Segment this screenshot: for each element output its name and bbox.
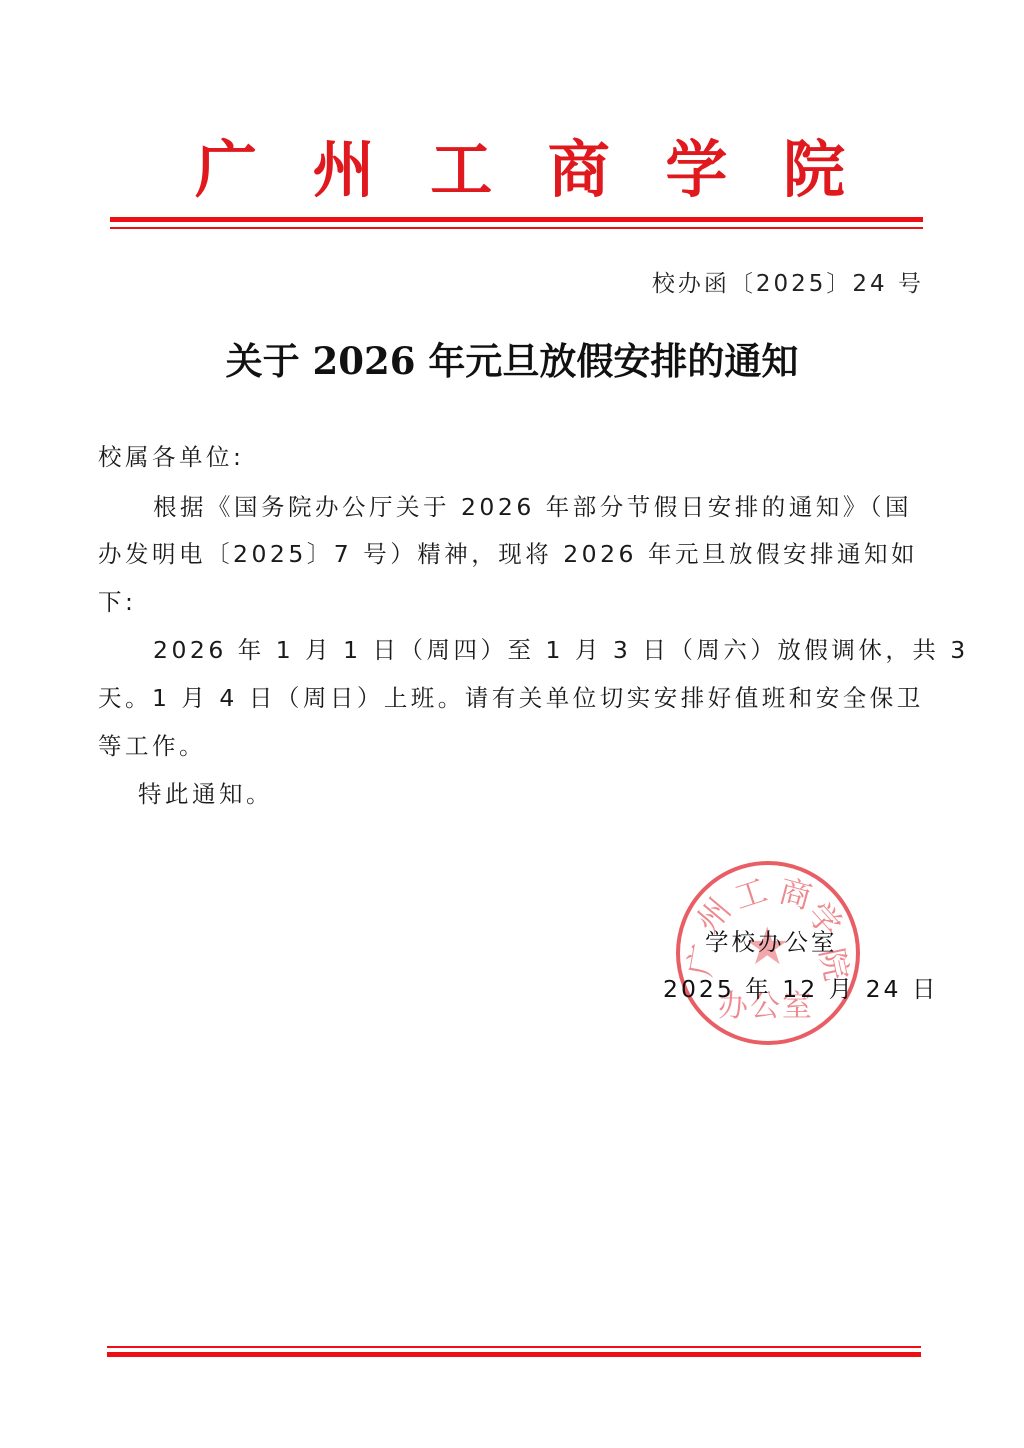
bottom-thin-rule [107,1346,921,1348]
paragraph-2-line-2: 天。1 月 4 日（周日）上班。请有关单位切实安排好值班和安全保卫 [98,674,924,722]
closing-line: 特此通知。 [138,770,273,818]
masthead-char: 学 [665,139,727,201]
paragraph-1-line-3: 下: [98,578,136,626]
salutation: 校属各单位: [98,433,244,481]
seal-arc-char: 工 [728,865,773,919]
document-number: 校办函〔2025〕24 号 [652,265,924,298]
paragraph-2-line-1: 2026 年 1 月 1 日（周四）至 1 月 3 日（周六）放假调休，共 3 [153,626,969,674]
masthead-char: 院 [783,139,845,201]
paragraph-1-line-1: 根据《国务院办公厅关于 2026 年部分节假日安排的通知》（国 [153,483,912,531]
signing-date: 2025 年 12 月 24 日 [663,970,938,1004]
paragraph-2-line-3: 等工作。 [98,722,206,770]
paragraph-1-line-2: 办发明电〔2025〕7 号）精神，现将 2026 年元旦放假安排通知如 [98,530,918,578]
masthead-char: 州 [313,139,375,201]
bottom-thick-rule [107,1352,921,1357]
masthead-char: 工 [430,139,492,201]
document-body: 校属各单位: 根据《国务院办公厅关于 2026 年部分节假日安排的通知》（国 办… [98,433,926,833]
document-title: 关于 2026 年元旦放假安排的通知 [0,331,1024,385]
top-thin-rule [110,227,923,229]
masthead-school-name: 广 州 工 商 学 院 [195,130,845,210]
masthead-char: 商 [548,139,610,201]
masthead-char: 广 [195,139,257,201]
top-thick-rule [110,217,923,222]
signing-office: 学校办公室 [705,923,838,957]
